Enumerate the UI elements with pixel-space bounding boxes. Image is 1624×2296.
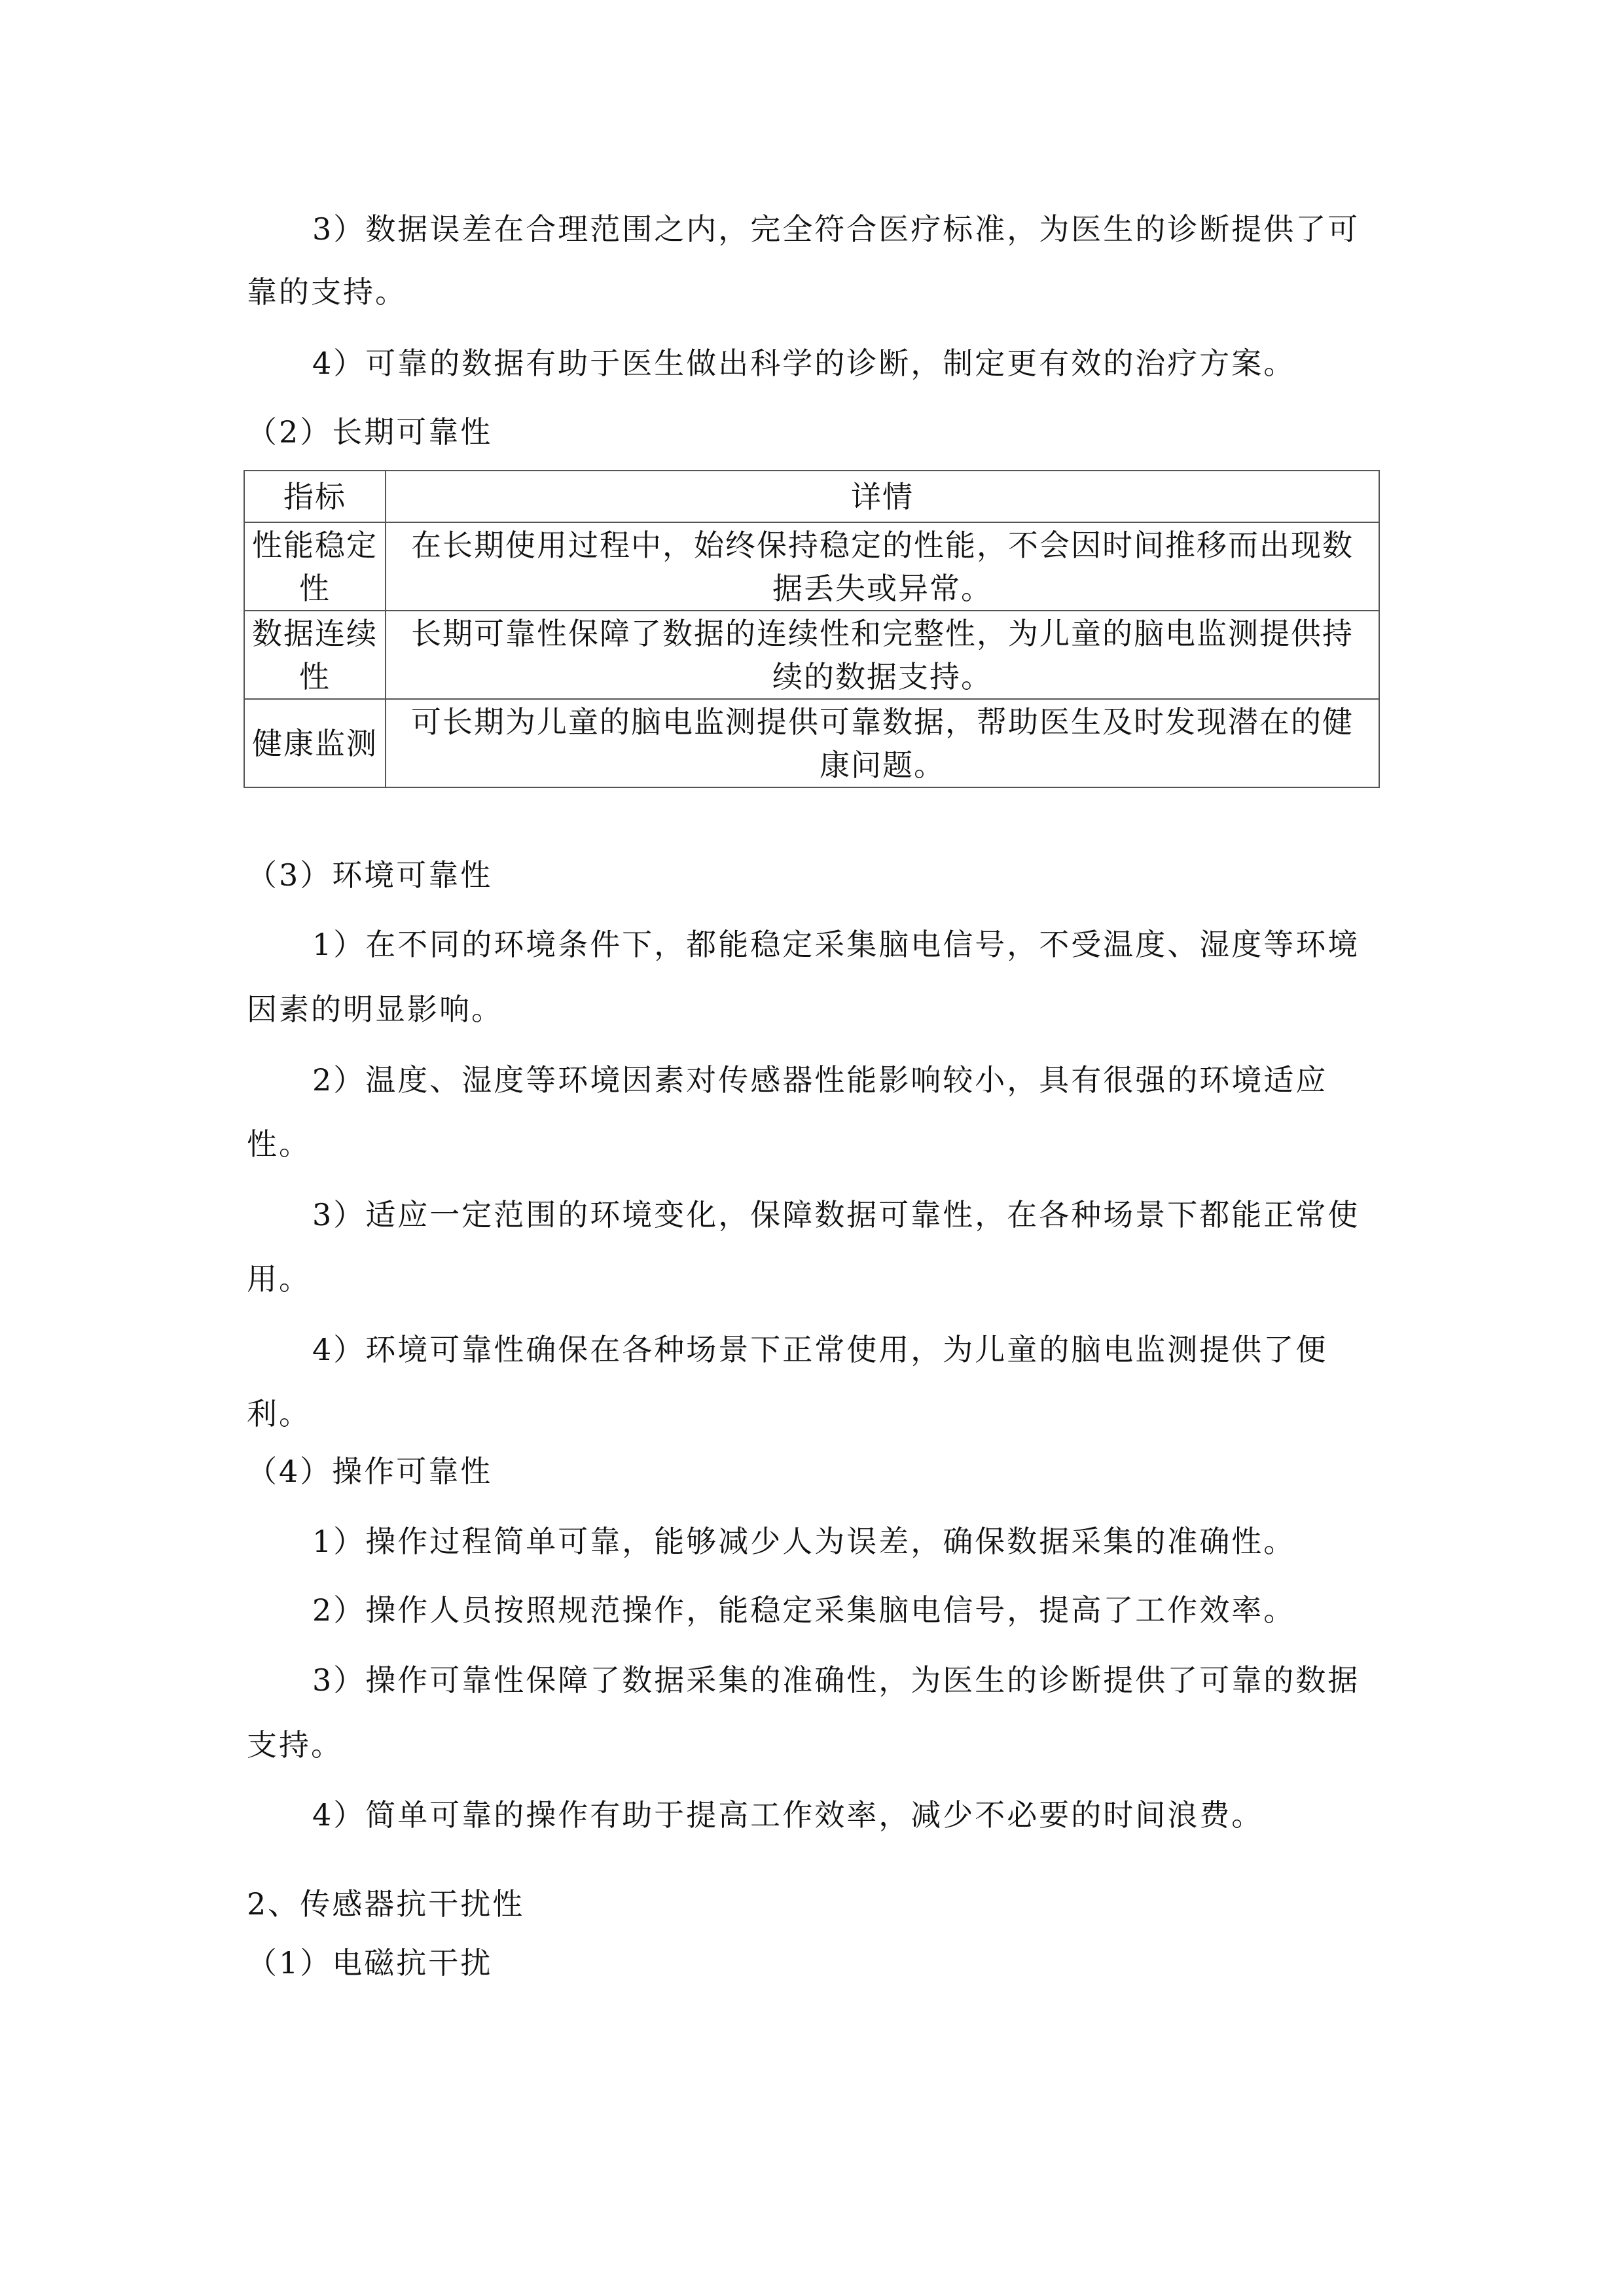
subsection-heading-electromagnetic: （1）电磁抗干扰 <box>247 1943 492 1982</box>
cell-text: 数据连续 <box>249 612 381 655</box>
subsection-heading-environment: （3）环境可靠性 <box>247 855 492 895</box>
paragraph-line: 1）操作过程简单可靠，能够减少人为误差，确保数据采集的准确性。 <box>312 1522 1295 1561</box>
paragraph-line: 1）在不同的环境条件下，都能稳定采集脑电信号，不受温度、湿度等环境 <box>312 925 1360 964</box>
cell-text: 续的数据支持。 <box>390 655 1375 698</box>
paragraph-line: 利。 <box>247 1394 311 1433</box>
cell-text: 在长期使用过程中，始终保持稳定的性能，不会因时间推移而出现数 <box>390 524 1375 567</box>
long-term-reliability-table: 指标 详情 性能稳定 性 在长期使用过程中，始终保持稳定的性能，不会因时间推移而… <box>244 470 1380 788</box>
section-heading-anti-interference: 2、传感器抗干扰性 <box>247 1884 524 1924</box>
paragraph-line: 4）可靠的数据有助于医生做出科学的诊断，制定更有效的治疗方案。 <box>312 344 1295 383</box>
paragraph-line: 3）适应一定范围的环境变化，保障数据可靠性，在各种场景下都能正常使 <box>312 1195 1360 1234</box>
paragraph-line: 性。 <box>247 1124 311 1164</box>
cell-detail: 可长期为儿童的脑电监测提供可靠数据，帮助医生及时发现潜在的健 康问题。 <box>386 699 1379 787</box>
table-row: 健康监测 可长期为儿童的脑电监测提供可靠数据，帮助医生及时发现潜在的健 康问题。 <box>244 699 1379 787</box>
paragraph-line: 支持。 <box>247 1725 343 1765</box>
paragraph-line: 靠的支持。 <box>247 272 407 312</box>
cell-text: 性 <box>249 567 381 610</box>
paragraph-line: 因素的明显影响。 <box>247 990 503 1029</box>
paragraph-line: 2）温度、湿度等环境因素对传感器性能影响较小，具有很强的环境适应 <box>312 1060 1327 1100</box>
cell-detail: 在长期使用过程中，始终保持稳定的性能，不会因时间推移而出现数 据丢失或异常。 <box>386 522 1379 611</box>
table-row: 数据连续 性 长期可靠性保障了数据的连续性和完整性，为儿童的脑电监测提供持 续的… <box>244 611 1379 699</box>
cell-text: 可长期为儿童的脑电监测提供可靠数据，帮助医生及时发现潜在的健 <box>390 700 1375 744</box>
cell-text: 康问题。 <box>390 744 1375 787</box>
cell-indicator: 健康监测 <box>244 699 386 787</box>
subsection-heading-operation: （4）操作可靠性 <box>247 1452 492 1491</box>
cell-indicator: 数据连续 性 <box>244 611 386 699</box>
header-indicator: 指标 <box>244 471 386 522</box>
cell-text: 性能稳定 <box>249 524 381 567</box>
paragraph-line: 2）操作人员按照规范操作，能稳定采集脑电信号，提高了工作效率。 <box>312 1590 1295 1630</box>
paragraph-line: 4）环境可靠性确保在各种场景下正常使用，为儿童的脑电监测提供了便 <box>312 1330 1327 1369</box>
cell-text: 健康监测 <box>249 722 381 765</box>
cell-detail: 长期可靠性保障了数据的连续性和完整性，为儿童的脑电监测提供持 续的数据支持。 <box>386 611 1379 699</box>
paragraph-line: 3）数据误差在合理范围之内，完全符合医疗标准，为医生的诊断提供了可 <box>312 209 1360 249</box>
table-header-row: 指标 详情 <box>244 471 1379 522</box>
document-page: 3）数据误差在合理范围之内，完全符合医疗标准，为医生的诊断提供了可 靠的支持。 … <box>0 0 1624 2296</box>
header-detail: 详情 <box>386 471 1379 522</box>
cell-text: 据丢失或异常。 <box>390 567 1375 610</box>
paragraph-line: 4）简单可靠的操作有助于提高工作效率，减少不必要的时间浪费。 <box>312 1795 1263 1835</box>
cell-indicator: 性能稳定 性 <box>244 522 386 611</box>
cell-text: 性 <box>249 655 381 698</box>
paragraph-line: 3）操作可靠性保障了数据采集的准确性，为医生的诊断提供了可靠的数据 <box>312 1660 1360 1700</box>
subsection-heading-long-term: （2）长期可靠性 <box>247 412 492 452</box>
table-row: 性能稳定 性 在长期使用过程中，始终保持稳定的性能，不会因时间推移而出现数 据丢… <box>244 522 1379 611</box>
cell-text: 长期可靠性保障了数据的连续性和完整性，为儿童的脑电监测提供持 <box>390 612 1375 655</box>
paragraph-line: 用。 <box>247 1259 311 1299</box>
